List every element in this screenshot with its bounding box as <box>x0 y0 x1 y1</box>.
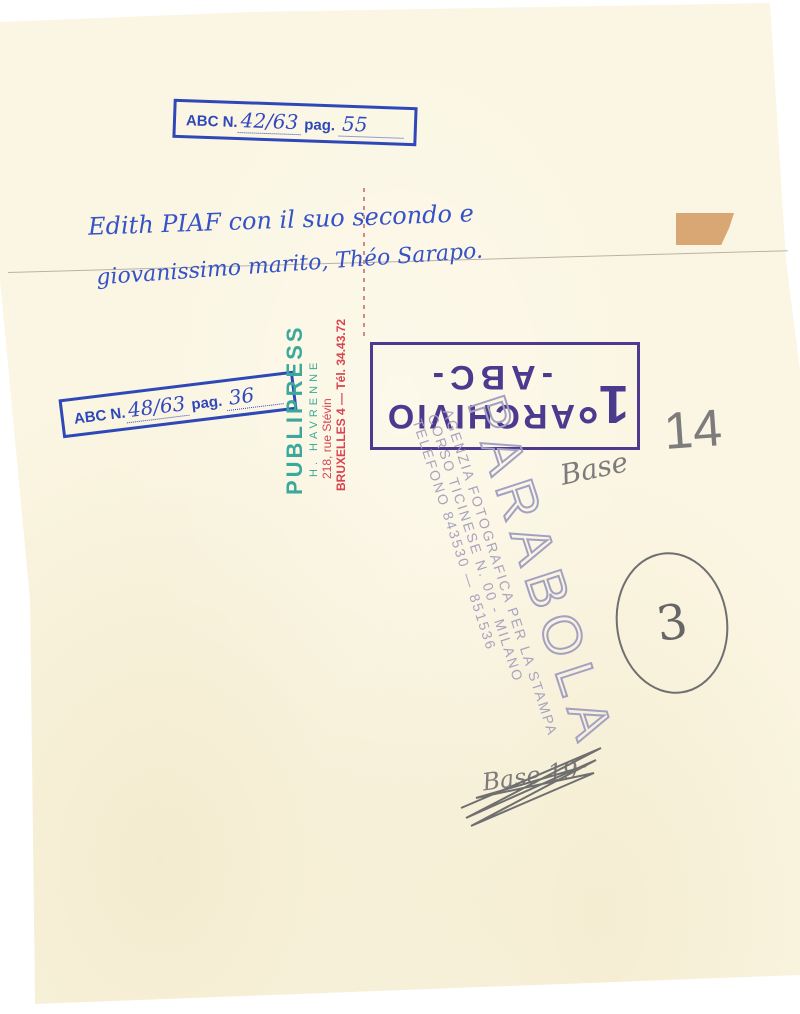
stamp-prefix: ABC N. <box>73 405 126 428</box>
publipress-address: 218, rue Stévin <box>320 295 334 479</box>
stamp-number: 48/63 <box>124 391 190 424</box>
publipress-owner: H. HAVRENNE <box>308 295 320 477</box>
stamp-page: 36 <box>224 379 283 411</box>
archivio-number: 1° <box>577 377 629 431</box>
paper-aging-stains <box>0 0 800 1014</box>
publipress-brand: PUBLIPRESS <box>282 295 308 495</box>
stamp-number: 42/63 <box>237 108 301 135</box>
archivio-subtitle: -ABC- <box>373 357 553 396</box>
scribble-strikeout <box>456 738 606 828</box>
stamp-publipress: PUBLIPRESS H. HAVRENNE 218, rue Stévin B… <box>282 295 348 495</box>
stamp-page: 55 <box>339 112 405 139</box>
pencil-note-14: 14 <box>662 398 724 462</box>
stamp-page-label: pag. <box>190 393 223 414</box>
stamp-page-label: pag. <box>304 116 335 134</box>
publipress-city-phone: BRUXELLES 4 — Tél. 34.43.72 <box>334 295 348 491</box>
circled-number: 3 <box>653 593 691 653</box>
photo-back-paper <box>0 0 800 1014</box>
stamp-prefix: ABC N. <box>186 112 238 131</box>
